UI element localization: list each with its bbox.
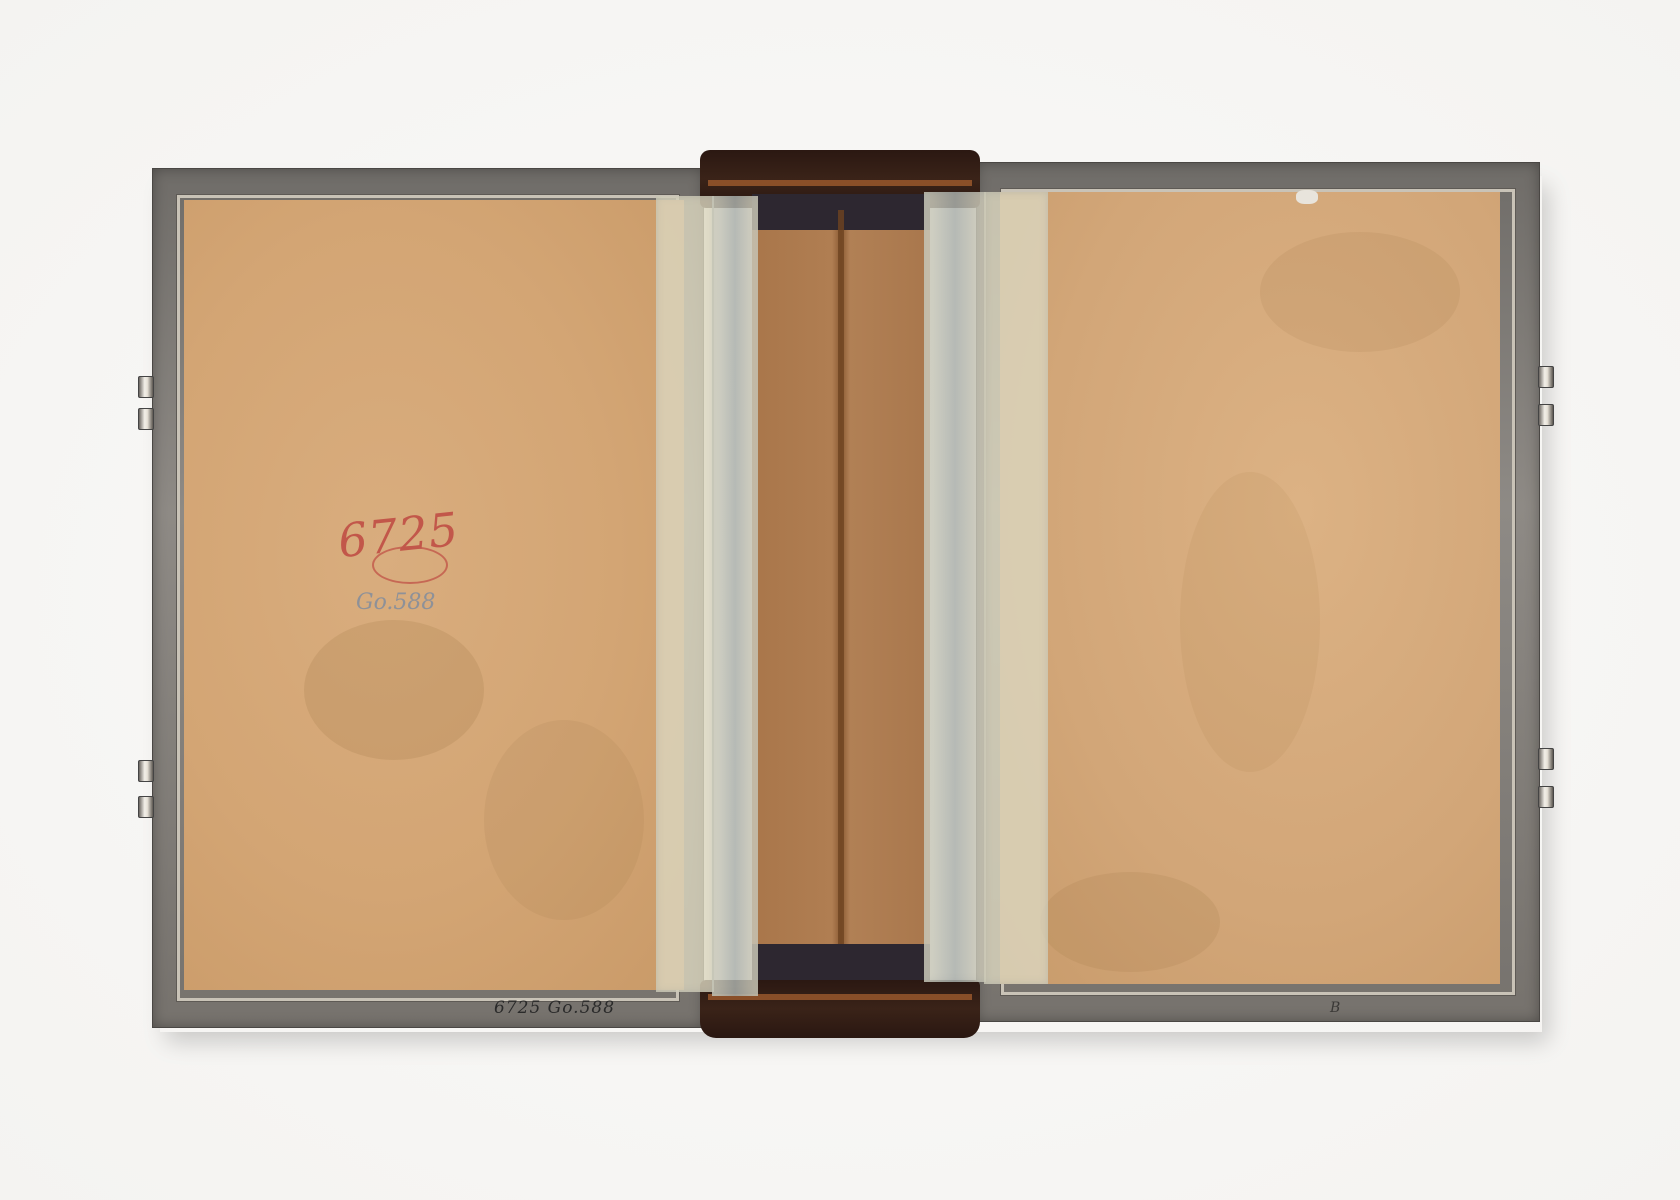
hinge-left-lower-a [138,760,154,782]
hinge-left-lower-b [138,796,154,818]
tape-strip-left-outer [656,196,714,992]
tape-strip-left-inner [712,196,758,996]
red-pencil-flourish [372,546,448,584]
hinge-right-upper-b [1538,404,1554,426]
hinge-right-lower-a [1538,748,1554,770]
tape-strip-right-outer [984,192,1048,984]
white-residue-spot [1296,190,1318,204]
right-cover-paper-board [1000,192,1500,984]
hinge-left-upper-b [138,408,154,430]
hinge-right-lower-b [1538,786,1554,808]
frame-right-scratch-mark: B [1330,1000,1340,1016]
hinge-right-upper-a [1538,366,1554,388]
photo-background: 6725 Go.588 6725 Go.588 B [0,0,1680,1200]
spine-crease [838,210,844,980]
tape-strip-right-inner [924,192,986,982]
frame-engraved-number: 6725 Go.588 [494,998,615,1018]
hinge-left-upper-a [138,376,154,398]
grey-pencil-inventory-number: Go.588 [356,590,435,615]
